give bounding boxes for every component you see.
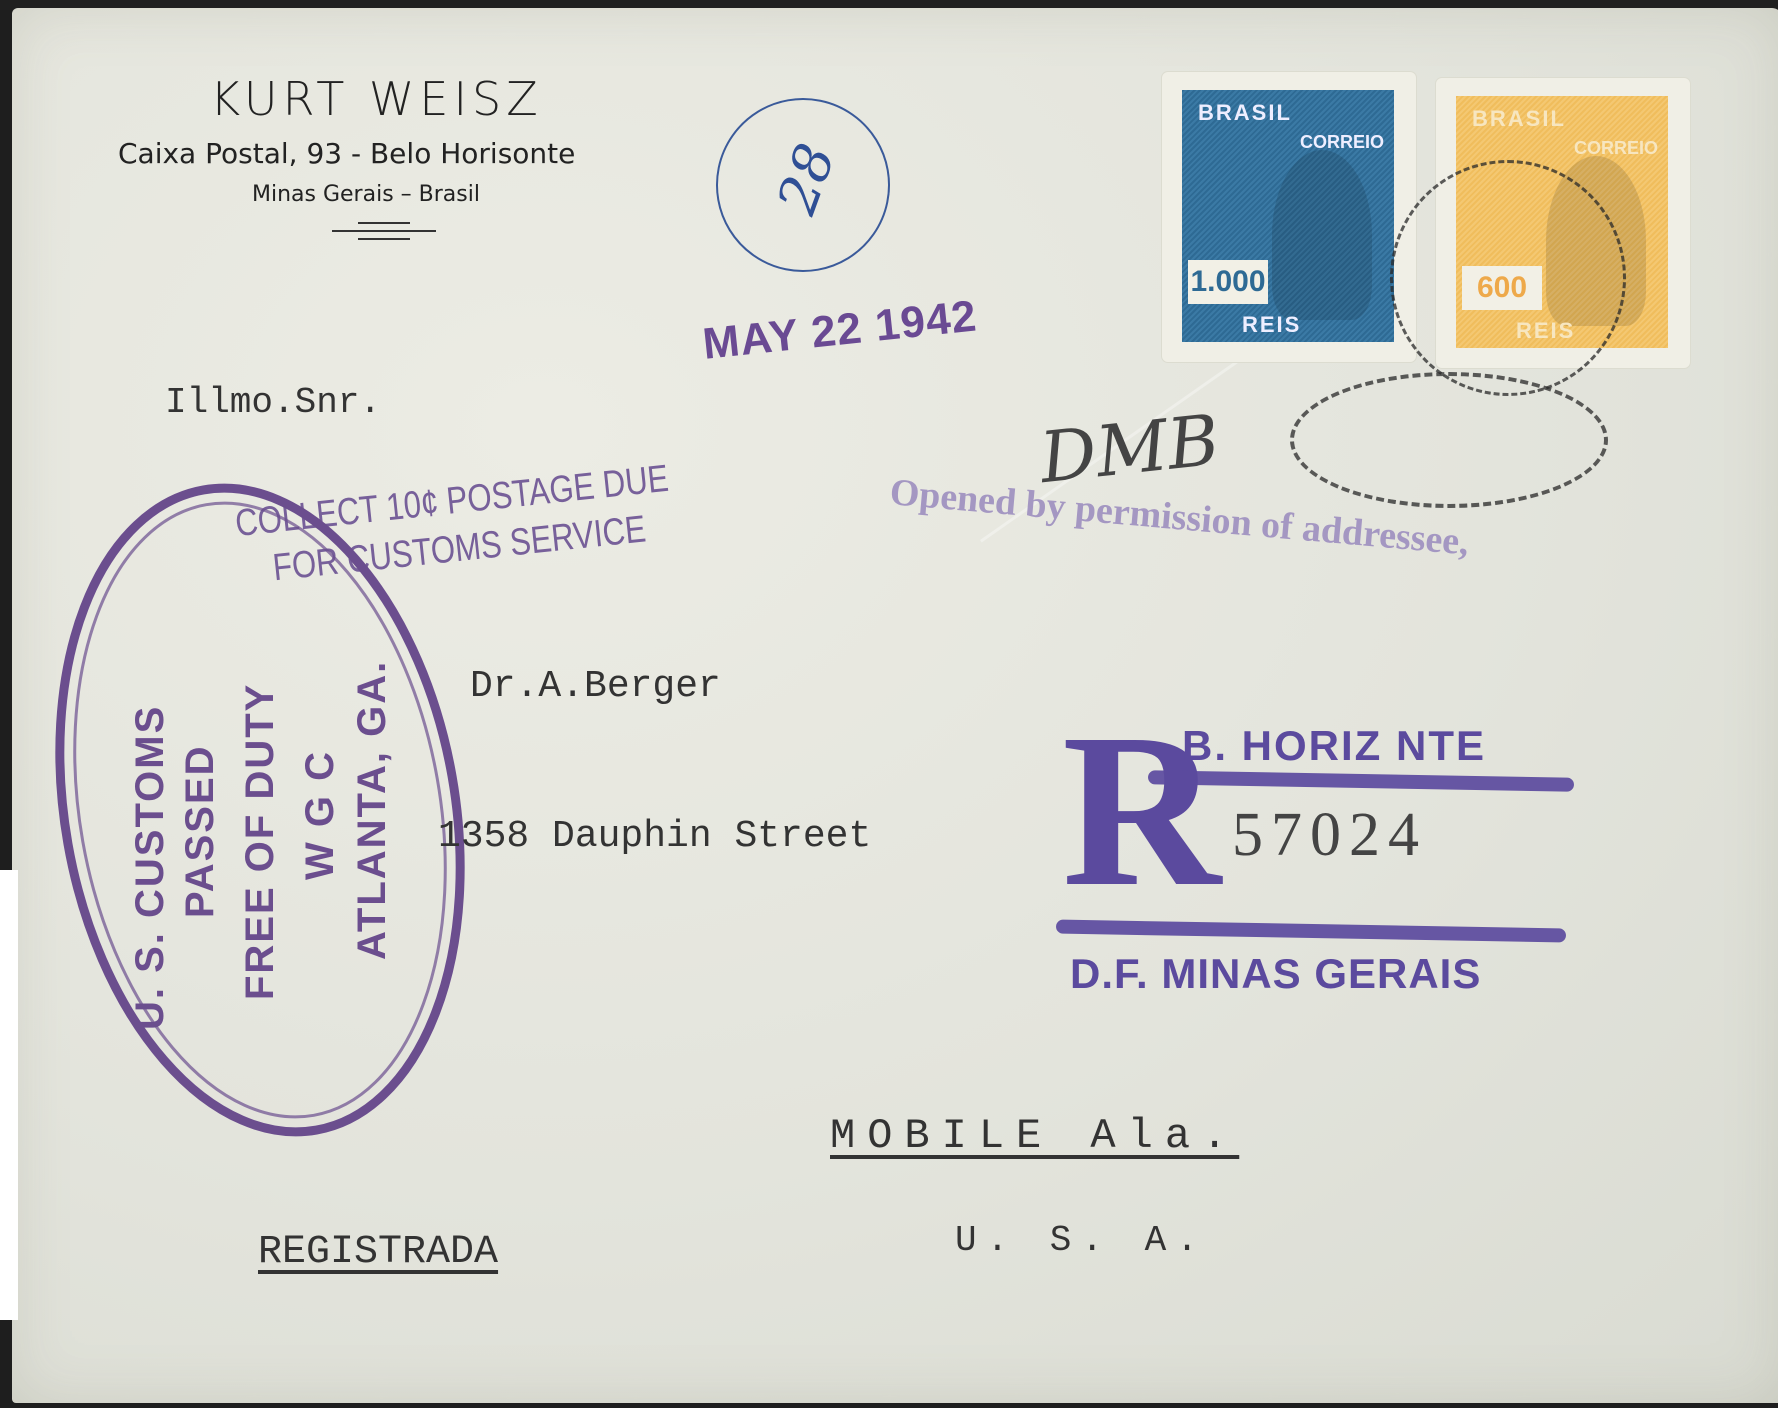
recipient-city: MOBILE Ala. xyxy=(830,1112,1239,1160)
postage-stamp-1000-reis: BRASIL CORREIO 1.000 REIS xyxy=(1162,72,1416,362)
stamp-currency: REIS xyxy=(1242,312,1301,338)
stamp-value: 1.000 xyxy=(1188,260,1268,304)
registration-district: D.F. MINAS GERAIS xyxy=(1070,950,1481,998)
postmark-oval xyxy=(1290,372,1608,508)
recipient-street: 1358 Dauphin Street xyxy=(438,815,871,858)
letterhead-rule xyxy=(358,238,410,240)
recipient-name: Dr.A.Berger xyxy=(470,665,721,708)
stamp-label: CORREIO xyxy=(1300,132,1384,153)
stamp-country: BRASIL xyxy=(1198,100,1292,126)
sender-address: Caixa Postal, 93 - Belo Horisonte xyxy=(118,137,575,170)
salutation: Illmo.Snr. xyxy=(165,382,381,423)
customs-line-5: ATLANTA, GA. xyxy=(350,660,395,960)
recipient-country: U. S. A. xyxy=(955,1220,1208,1261)
postmark-cancel xyxy=(1390,160,1626,396)
mercury-figure-icon xyxy=(1272,150,1372,320)
registered-note: REGISTRADA xyxy=(258,1230,498,1275)
customs-line-3: FREE OF DUTY xyxy=(238,683,283,1000)
scan-border-right xyxy=(1778,0,1792,1408)
customs-line-2: PASSED xyxy=(178,744,223,918)
letterhead-rule xyxy=(332,230,436,232)
letterhead-rule xyxy=(358,222,410,224)
customs-line-4: W G C xyxy=(298,750,343,880)
sender-region: Minas Gerais – Brasil xyxy=(252,182,480,207)
stamp-country: BRASIL xyxy=(1472,106,1566,132)
customs-line-1: U. S. CUSTOMS xyxy=(128,705,173,1030)
stamp-label: CORREIO xyxy=(1574,138,1658,159)
torn-edge xyxy=(0,870,18,1320)
registration-number: 57024 xyxy=(1232,800,1427,871)
registration-office: B. HORIZ NTE xyxy=(1182,722,1486,770)
sender-name: KURT WEISZ xyxy=(210,72,543,126)
pencil-note-text: 28 xyxy=(765,136,848,222)
